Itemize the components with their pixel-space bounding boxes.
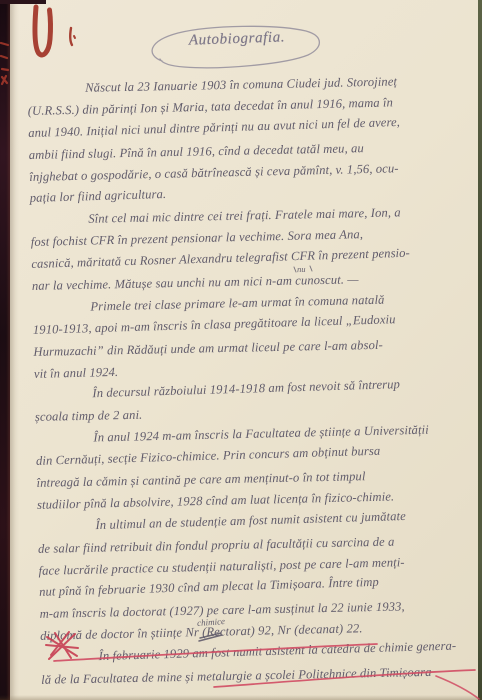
document-title: Autobiografia. [189, 29, 286, 48]
interline-insertion: chimice [197, 616, 226, 628]
scanned-page: { "page": { "kind": "scanned handwritten… [0, 0, 482, 700]
scan-top-edge-shadow [0, 0, 46, 4]
page-title: Autobiografia. [142, 27, 333, 52]
manuscript-body: Născut la 23 Ianuarie 1903 în comuna Ciu… [27, 68, 482, 691]
scan-left-binding-edge [0, 0, 10, 700]
red-crayon-u-mark [35, 7, 75, 55]
interline-insertion: nu [297, 264, 306, 274]
scan-bottom-edge-shadow [0, 695, 482, 700]
